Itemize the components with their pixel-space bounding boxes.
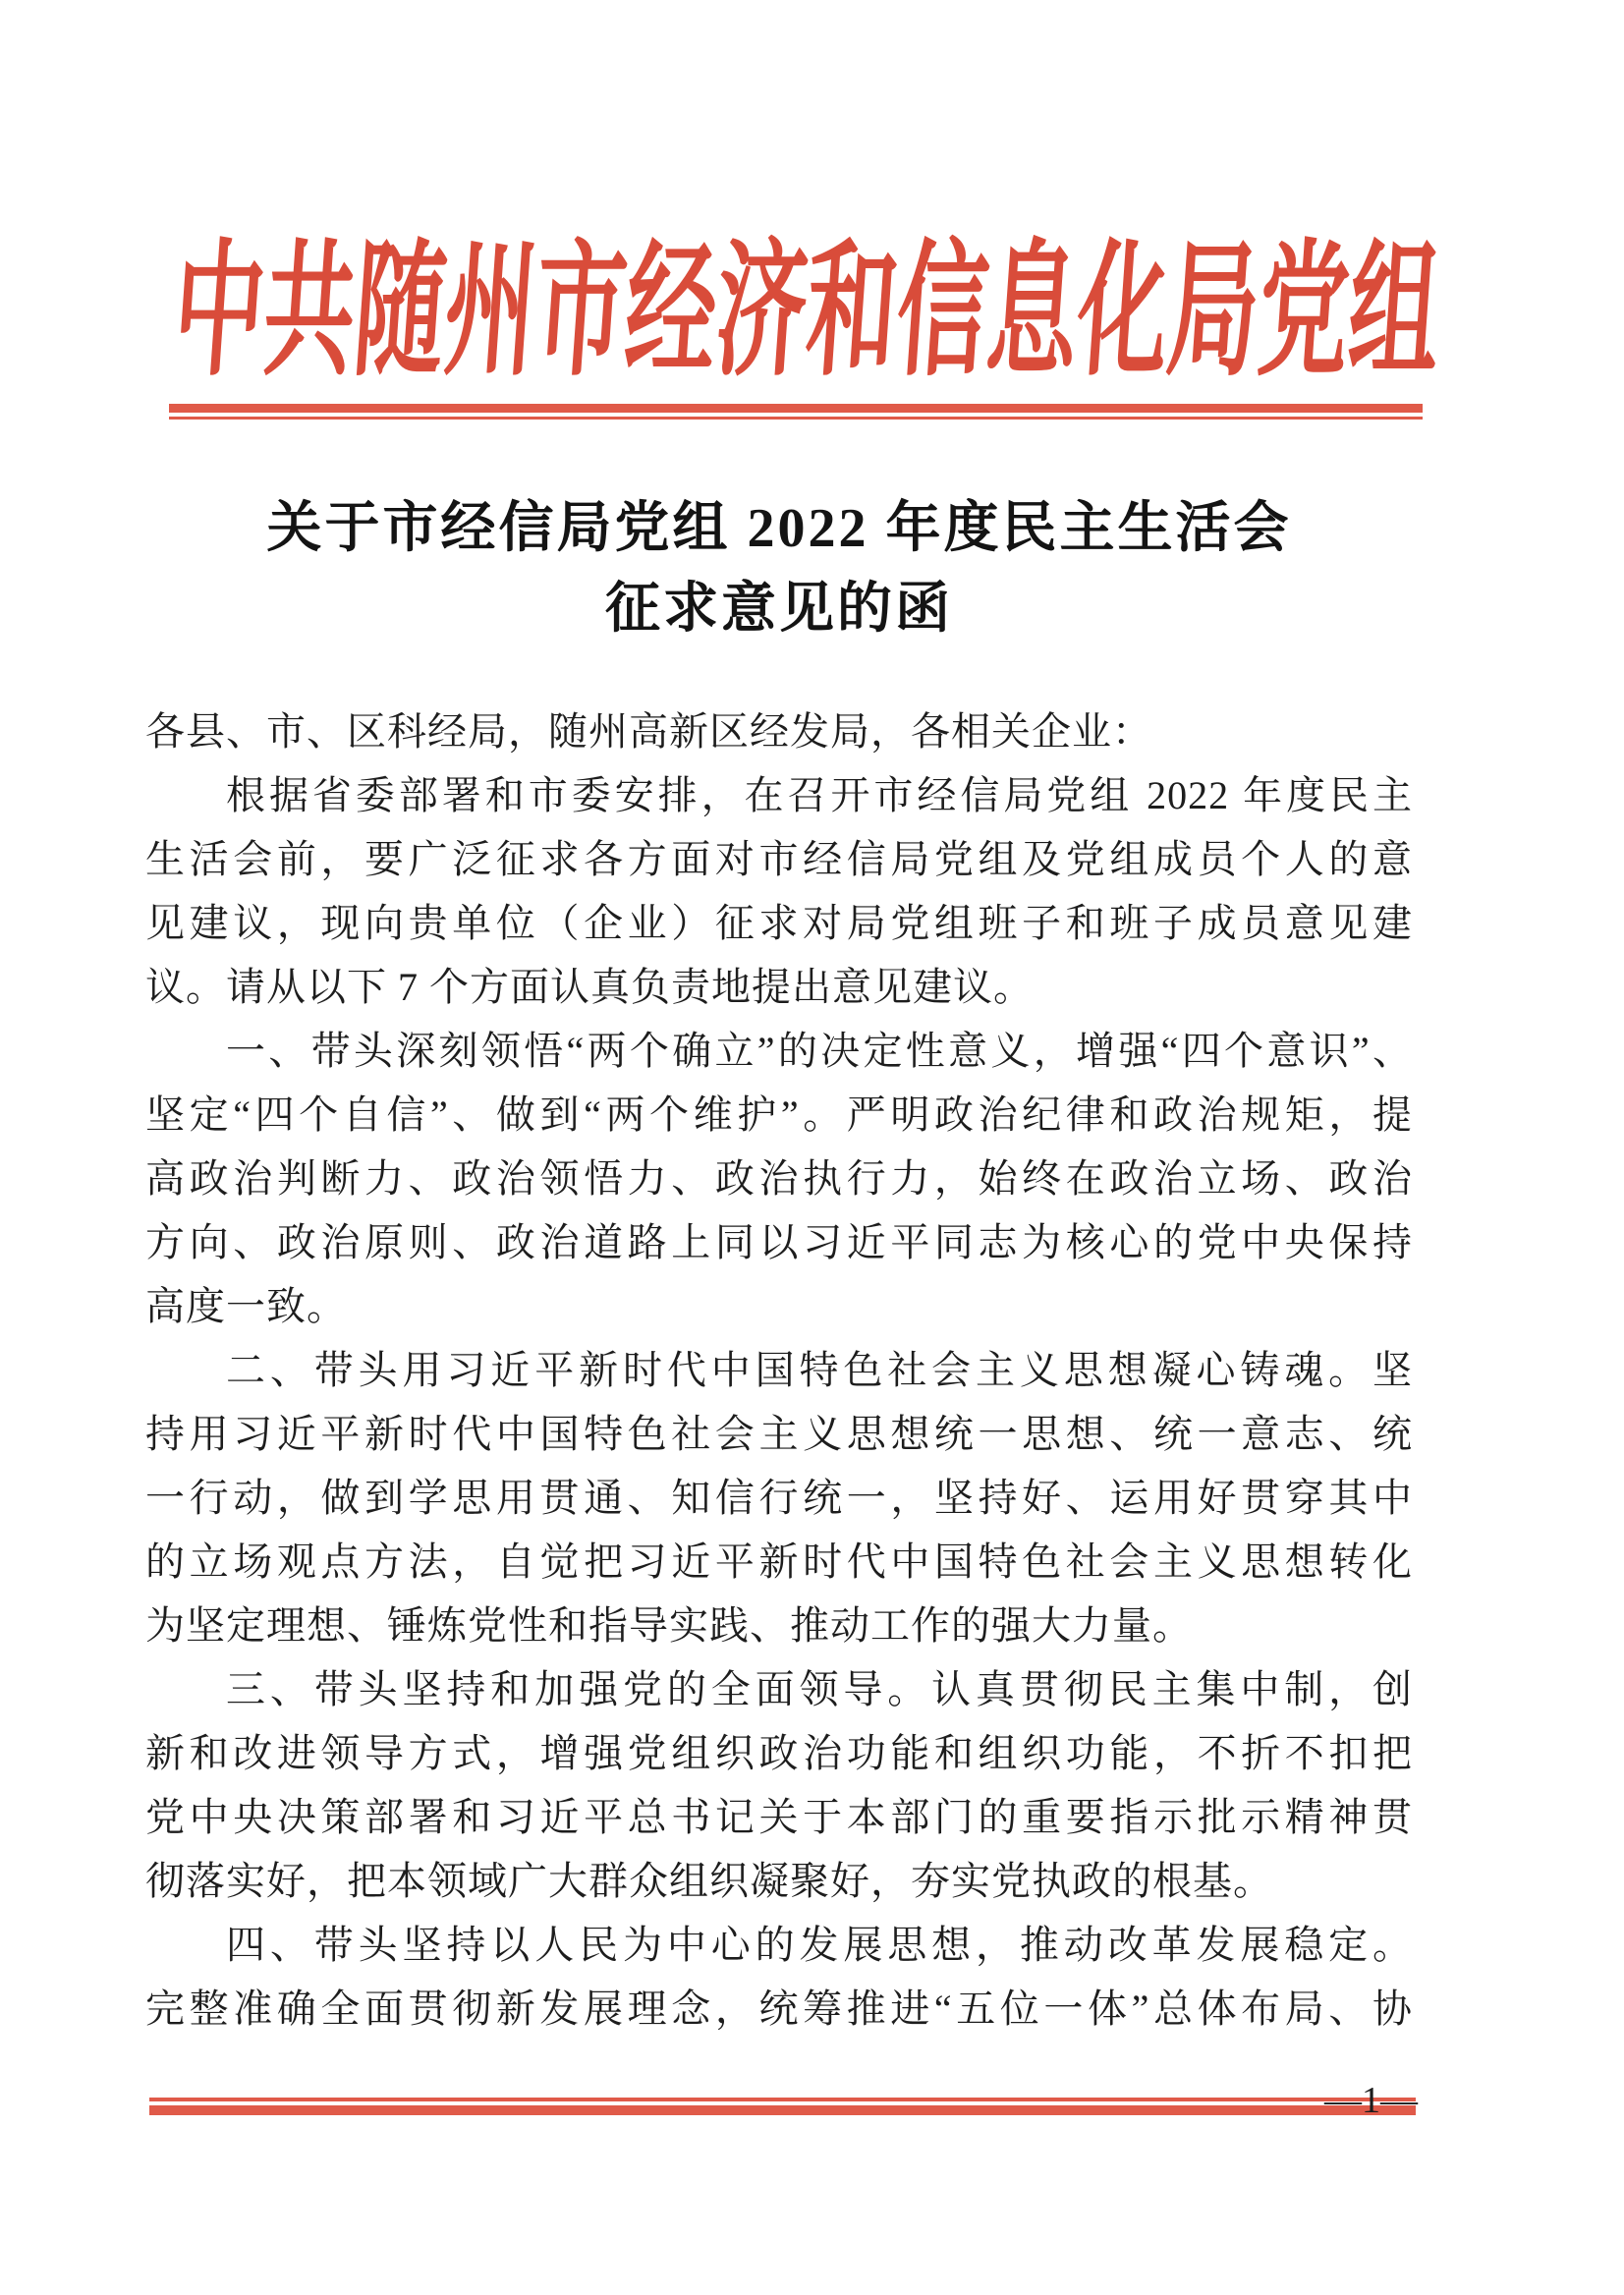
- body-text-line: 持用习近平新时代中国特色社会主义思想统一思想、统一意志、统: [145, 1402, 1413, 1466]
- document-body: 各县、市、区科经局，随州高新区经发局，各相关企业：根据省委部署和市委安排，在召开…: [145, 700, 1413, 2041]
- body-text-line: 党中央决策部署和习近平总书记关于本部门的重要指示批示精神贯: [145, 1785, 1413, 1849]
- body-text-line: 一、带头深刻领悟“两个确立”的决定性意义，增强“四个意识”、: [145, 1019, 1413, 1083]
- body-text-line: 的立场观点方法，自觉把习近平新时代中国特色社会主义思想转化: [145, 1530, 1413, 1594]
- body-text-line: 新和改进领导方式，增强党组织政治功能和组织功能，不折不扣把: [145, 1721, 1413, 1785]
- body-text-line: 议。请从以下 7 个方面认真负责地提出意见建议。: [145, 955, 1413, 1019]
- body-text-line: 为坚定理想、锤炼党性和指导实践、推动工作的强大力量。: [145, 1594, 1413, 1657]
- body-text-line: 四、带头坚持以人民为中心的发展思想，推动改革发展稳定。: [145, 1913, 1413, 1977]
- body-text-line: 见建议，现向贵单位（企业）征求对局党组班子和班子成员意见建: [145, 891, 1413, 955]
- header-divider-rule-thin: [169, 417, 1423, 420]
- document-org-header: 中共随州市经济和信息化局党组: [0, 239, 1624, 385]
- body-text-line: 生活会前，要广泛征求各方面对市经信局党组及党组成员个人的意: [145, 827, 1413, 891]
- scanned-document-page: 中共随州市经济和信息化局党组 关于市经信局党组 2022 年度民主生活会 征求意…: [0, 0, 1624, 2295]
- body-text-line: 二、带头用习近平新时代中国特色社会主义思想凝心铸魂。坚: [145, 1338, 1413, 1402]
- document-title-line2: 征求意见的函: [145, 569, 1413, 649]
- body-text-line: 高政治判断力、政治领悟力、政治执行力，始终在政治立场、政治: [145, 1147, 1413, 1210]
- body-text-line: 高度一致。: [145, 1274, 1413, 1338]
- page-number: —1—: [1310, 2075, 1432, 2126]
- body-text-line: 三、带头坚持和加强党的全面领导。认真贯彻民主集中制，创: [145, 1657, 1413, 1721]
- footer-divider-rule-thin: [149, 2098, 1416, 2101]
- body-text-line: 一行动，做到学思用贯通、知信行统一，坚持好、运用好贯穿其中: [145, 1466, 1413, 1530]
- body-text-line: 根据省委部署和市委安排，在召开市经信局党组 2022 年度民主: [145, 763, 1413, 827]
- body-text-line: 方向、政治原则、政治道路上同以习近平同志为核心的党中央保持: [145, 1210, 1413, 1274]
- body-text-line: 完整准确全面贯彻新发展理念，统筹推进“五位一体”总体布局、协: [145, 1977, 1413, 2041]
- body-text-line: 各县、市、区科经局，随州高新区经发局，各相关企业：: [145, 700, 1413, 763]
- document-title-line1: 关于市经信局党组 2022 年度民主生活会: [145, 488, 1413, 569]
- body-text-line: 彻落实好，把本领域广大群众组织凝聚好，夯实党执政的根基。: [145, 1849, 1413, 1913]
- body-text-line: 坚定“四个自信”、做到“两个维护”。严明政治纪律和政治规矩，提: [145, 1083, 1413, 1147]
- document-title: 关于市经信局党组 2022 年度民主生活会 征求意见的函: [145, 488, 1413, 649]
- header-divider-rule-thick: [169, 404, 1423, 413]
- footer-divider-rule-thick: [149, 2105, 1416, 2115]
